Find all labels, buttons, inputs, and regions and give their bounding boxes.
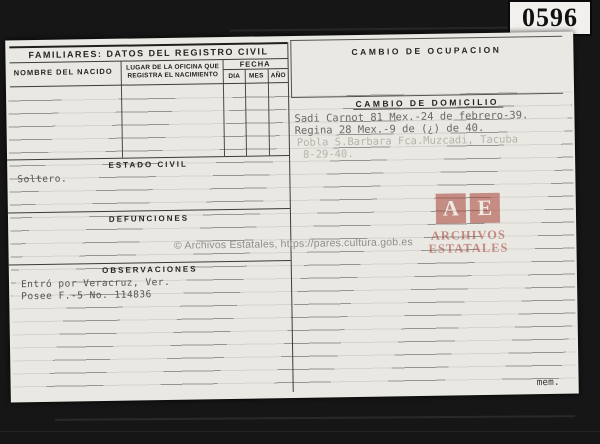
- page-number-box: 0596: [508, 0, 592, 36]
- column-header-lugar-line2: REGISTRA EL NACIMIENTO: [125, 71, 221, 81]
- fecha-sub-mes: MES: [246, 72, 267, 80]
- fecha-sub-dia: DIA: [224, 73, 245, 81]
- record-card: FAMILIARES: DATOS DEL REGISTRO CIVIL NOM…: [5, 32, 579, 403]
- column-header-nombre: NOMBRE DEL NACIDO: [14, 67, 119, 78]
- logo-letter-e: E: [470, 193, 500, 223]
- logo-letter-a: A: [436, 193, 466, 223]
- page-number: 0596: [522, 3, 578, 32]
- observaciones-line1: Entró por Veracruz, Ver.: [21, 277, 170, 290]
- corner-note: mem.: [537, 377, 560, 388]
- logo-text-line2: ESTATALES: [424, 241, 512, 257]
- scan-scratch: [55, 415, 575, 421]
- scan-background: 0596 FAMILIARES: DATOS DEL REGISTRO CIVI…: [0, 0, 600, 444]
- observaciones-line2: Posee F.-5 No. 114836: [21, 289, 152, 302]
- scan-scratch: [0, 431, 600, 432]
- scan-scratch: [230, 26, 530, 31]
- fecha-sub-ano: AÑO: [269, 72, 288, 80]
- fecha-divider: [223, 68, 288, 70]
- archivos-estatales-logo: A E ARCHIVOS ESTATALES: [424, 193, 513, 260]
- estado-civil-value: Soltero.: [17, 174, 67, 186]
- domicilio-line: 8-29-40.: [303, 148, 354, 161]
